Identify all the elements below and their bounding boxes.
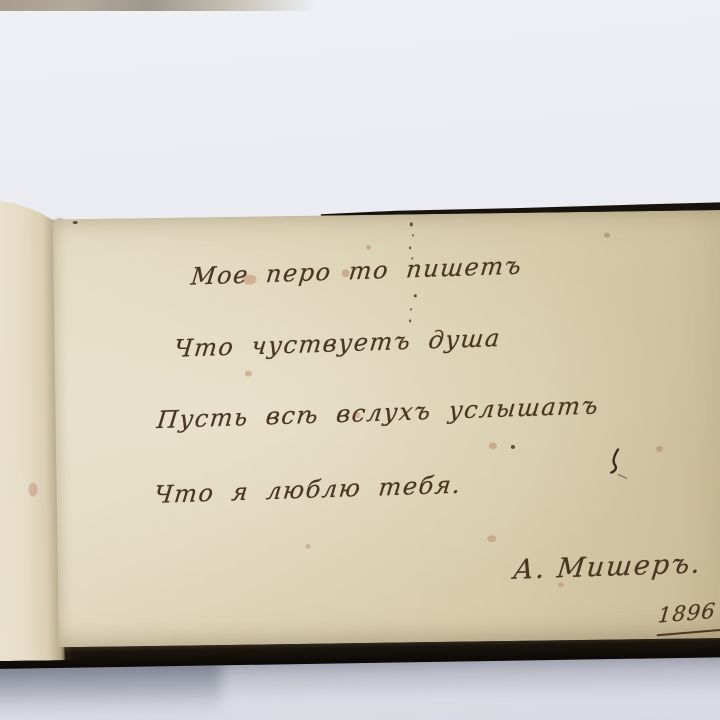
fox-spot xyxy=(341,269,349,277)
handwriting-line-4: Что я люблю тебя. xyxy=(153,471,463,509)
handwriting-line-1: Мое перо то пишетъ xyxy=(190,252,524,291)
ink-squiggle-mark xyxy=(604,447,631,483)
fox-spot xyxy=(245,371,252,377)
ink-speck xyxy=(414,294,417,297)
date-underline-flourish xyxy=(657,626,720,636)
right-page: Мое перо то пишетъ Что чуствуетъ душа Пу… xyxy=(53,210,720,648)
fox-spot xyxy=(28,483,37,497)
fox-spot xyxy=(558,582,564,587)
fox-spot xyxy=(353,412,360,418)
open-album: Мое перо то пишетъ Что чуствуетъ душа Пу… xyxy=(0,181,720,720)
ink-speck xyxy=(409,319,411,322)
ink-speck xyxy=(409,246,411,249)
fox-spot xyxy=(604,233,610,238)
photo-scene: Мое перо то пишетъ Что чуствуетъ душа Пу… xyxy=(0,0,720,720)
ink-speck xyxy=(73,221,78,224)
ink-speck xyxy=(410,222,413,226)
fox-spot xyxy=(489,442,497,449)
handwriting-line-2: Что чуствуетъ душа xyxy=(173,324,503,363)
fox-spot xyxy=(656,446,663,452)
ink-speck xyxy=(411,257,413,259)
background-edge-strip xyxy=(0,0,330,11)
signature: А. Мишеръ. xyxy=(512,548,704,585)
ink-speck xyxy=(412,234,414,236)
date-inscription: 1896 г xyxy=(657,597,720,627)
handwriting-line-3: Пусть всѣ вслухъ услышатъ xyxy=(155,391,600,434)
fox-spot xyxy=(305,544,310,549)
fox-spot xyxy=(487,535,496,542)
ink-speck xyxy=(410,308,412,310)
ink-speck xyxy=(511,445,515,449)
fox-spot xyxy=(366,245,371,250)
